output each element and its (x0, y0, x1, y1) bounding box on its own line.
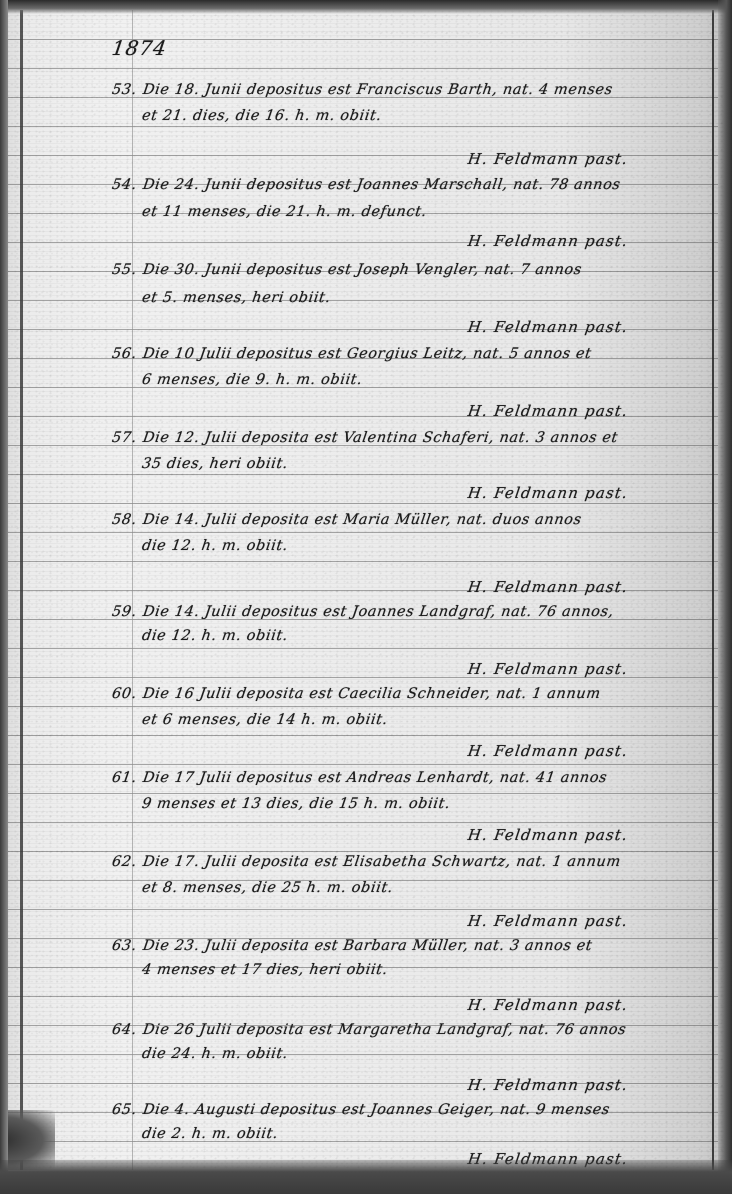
entry-number: 61. (111, 770, 138, 786)
entry-number: 59. (111, 604, 138, 620)
entry-60-line1: 60.Die 16 Julii deposita est Caecilia Sc… (111, 686, 602, 702)
entry-text: Die 26 Julii deposita est Margaretha Lan… (142, 1022, 628, 1038)
entry-54-line1: 54.Die 24. Junii depositus est Joannes M… (111, 177, 622, 193)
entry-61-line2: 9 menses et 13 dies, die 15 h. m. obiit. (141, 796, 451, 812)
entry-number: 62. (111, 854, 138, 870)
scan-edge-top (0, 0, 732, 14)
entry-number: 63. (111, 938, 138, 954)
entry-57-signature: H. Feldmann past. (467, 484, 630, 502)
entry-number: 55. (111, 262, 138, 278)
entry-63-signature: H. Feldmann past. (467, 996, 630, 1014)
entry-54-line2: et 11 menses, die 21. h. m. defunct. (141, 204, 428, 220)
entry-64-line1: 64.Die 26 Julii deposita est Margaretha … (111, 1022, 627, 1038)
entry-number: 65. (111, 1102, 138, 1118)
entry-text: Die 12. Julii deposita est Valentina Sch… (142, 430, 619, 446)
entry-text: Die 17 Julii depositus est Andreas Lenha… (142, 770, 609, 786)
entry-55-line1: 55.Die 30. Junii depositus est Joseph Ve… (111, 262, 583, 278)
entry-61-line1: 61.Die 17 Julii depositus est Andreas Le… (111, 770, 608, 786)
entry-61-signature: H. Feldmann past. (467, 826, 630, 844)
entry-55-signature: H. Feldmann past. (467, 318, 630, 336)
entry-62-signature: H. Feldmann past. (467, 912, 630, 930)
scan-edge-right (718, 0, 732, 1194)
entry-63-line1: 63.Die 23. Julii deposita est Barbara Mü… (111, 938, 594, 954)
entry-number: 64. (111, 1022, 138, 1038)
entry-text: Die 10 Julii depositus est Georgius Leit… (142, 346, 593, 362)
entry-text: Die 16 Julii deposita est Caecilia Schne… (142, 686, 602, 702)
entry-56-line1: 56.Die 10 Julii depositus est Georgius L… (111, 346, 593, 362)
entry-60-line2: et 6 menses, die 14 h. m. obiit. (141, 712, 389, 728)
entry-59-line1: 59.Die 14. Julii depositus est Joannes L… (111, 604, 615, 620)
entry-56-signature: H. Feldmann past. (467, 402, 630, 420)
entry-number: 60. (111, 686, 138, 702)
right-margin-rule (712, 10, 714, 1170)
entry-text: Die 14. Julii deposita est Maria Müller,… (142, 512, 583, 528)
entry-55-line2: et 5. menses, heri obiit. (141, 290, 332, 306)
entry-number: 54. (111, 177, 138, 193)
entry-58-line2: die 12. h. m. obiit. (141, 538, 289, 554)
entry-54-signature: H. Feldmann past. (467, 232, 630, 250)
entry-64-signature: H. Feldmann past. (467, 1076, 630, 1094)
entry-text: Die 17. Julii deposita est Elisabetha Sc… (142, 854, 622, 870)
entry-text: Die 24. Junii depositus est Joannes Mars… (142, 177, 622, 193)
entry-number: 58. (111, 512, 138, 528)
left-margin-rule (20, 10, 23, 1170)
entry-text: Die 30. Junii depositus est Joseph Vengl… (142, 262, 583, 278)
page-year: 1874 (110, 36, 168, 60)
entry-62-line1: 62.Die 17. Julii deposita est Elisabetha… (111, 854, 622, 870)
entry-number: 53. (111, 82, 138, 98)
entry-64-line2: die 24. h. m. obiit. (141, 1046, 289, 1062)
entry-60-signature: H. Feldmann past. (467, 742, 630, 760)
entry-53-line1: 53.Die 18. Junii depositus est Franciscu… (111, 82, 614, 98)
entry-53-signature: H. Feldmann past. (467, 150, 630, 168)
register-page: 1874 53.Die 18. Junii depositus est Fran… (0, 0, 732, 1194)
entry-56-line2: 6 menses, die 9. h. m. obiit. (141, 372, 364, 388)
entry-number: 56. (111, 346, 138, 362)
scan-edge-left (0, 0, 8, 1194)
entry-number: 57. (111, 430, 138, 446)
entry-59-signature: H. Feldmann past. (467, 660, 630, 678)
scan-edge-bottom (0, 1160, 732, 1194)
entry-text: Die 23. Julii deposita est Barbara Mülle… (142, 938, 594, 954)
entry-57-line2: 35 dies, heri obiit. (141, 456, 289, 472)
entry-58-line1: 58.Die 14. Julii deposita est Maria Müll… (111, 512, 583, 528)
entry-57-line1: 57.Die 12. Julii deposita est Valentina … (111, 430, 619, 446)
entry-text: Die 4. Augusti depositus est Joannes Gei… (142, 1102, 611, 1118)
entry-62-line2: et 8. menses, die 25 h. m. obiit. (141, 880, 394, 896)
entry-text: Die 18. Junii depositus est Franciscus B… (142, 82, 614, 98)
entry-63-line2: 4 menses et 17 dies, heri obiit. (141, 962, 389, 978)
entry-text: Die 14. Julii depositus est Joannes Land… (142, 604, 615, 620)
entry-59-line2: die 12. h. m. obiit. (141, 628, 289, 644)
entry-58-signature: H. Feldmann past. (467, 578, 630, 596)
entry-65-line2: die 2. h. m. obiit. (141, 1126, 279, 1142)
entry-53-line2: et 21. dies, die 16. h. m. obiit. (141, 108, 383, 124)
entry-65-line1: 65.Die 4. Augusti depositus est Joannes … (111, 1102, 611, 1118)
